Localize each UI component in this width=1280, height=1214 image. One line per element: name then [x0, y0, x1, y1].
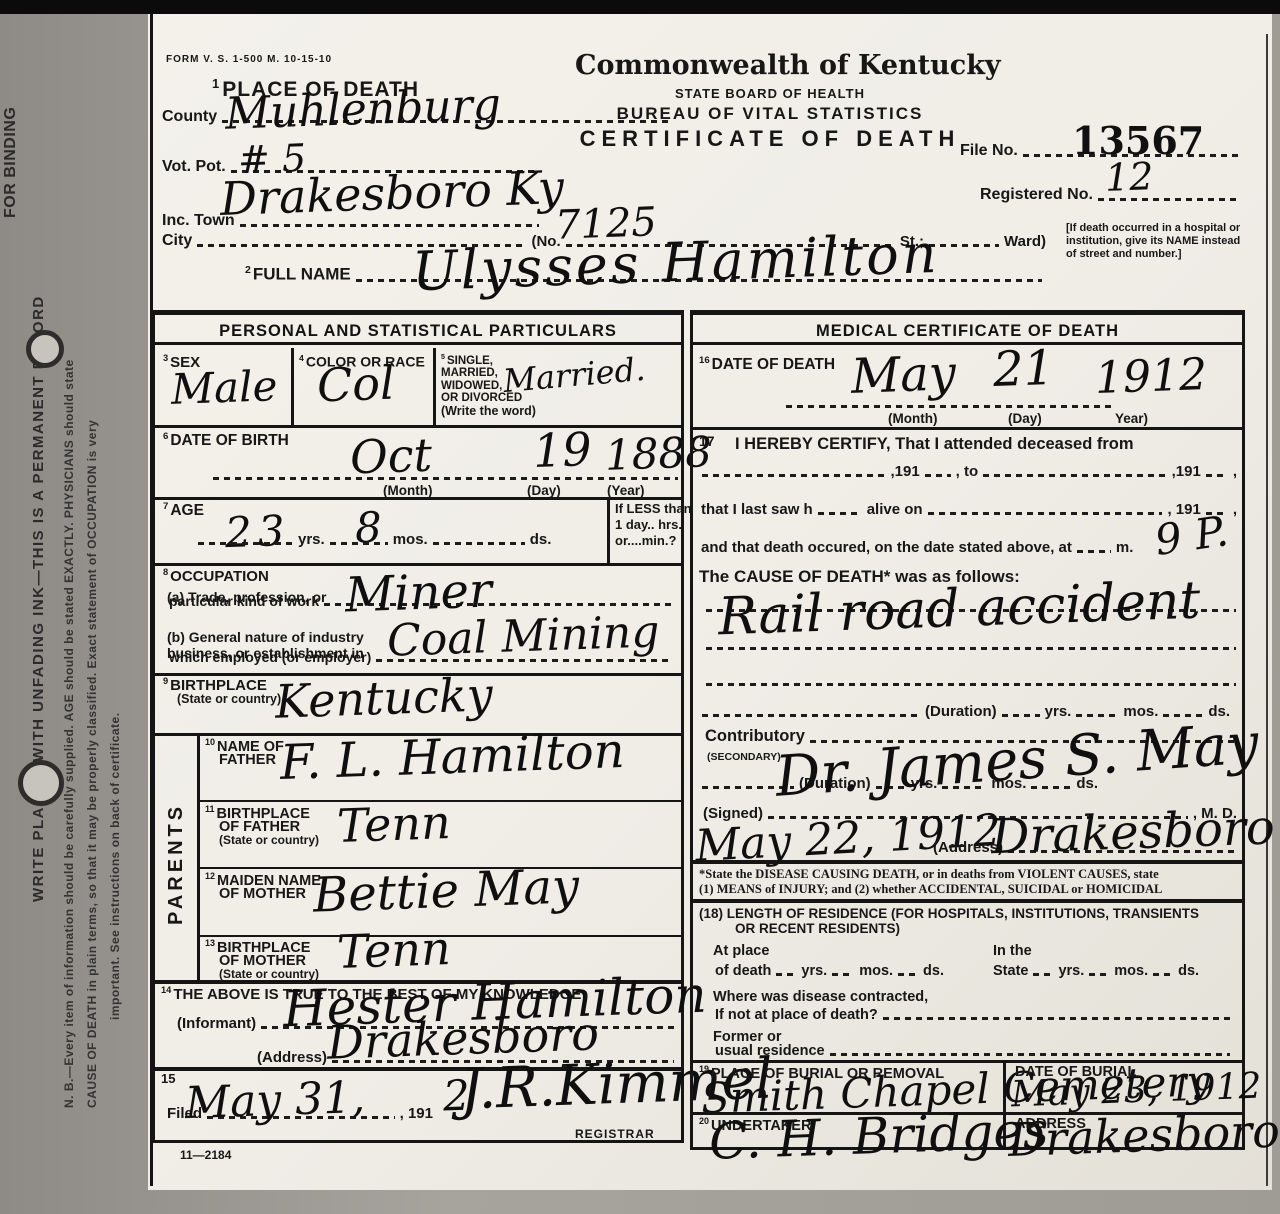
- marital-hint: (Write the word): [441, 404, 536, 418]
- footnote-line2: (1) MEANS of INJURY; and (2) whether ACC…: [699, 882, 1162, 897]
- informant-label: (Informant): [177, 1015, 256, 1032]
- age-line: [433, 542, 525, 545]
- to-label: , to: [956, 463, 979, 480]
- certify-item-number: 17: [699, 433, 715, 449]
- hw-occupation-b: Coal Mining: [386, 610, 660, 663]
- less2: 1 day.. hrs.: [615, 517, 682, 532]
- cell-divider: [433, 348, 436, 425]
- marital-l3: WIDOWED,: [441, 380, 502, 392]
- street-line: [929, 244, 999, 247]
- state-board-heading: STATE BOARD OF HEALTH: [575, 86, 965, 101]
- item-number-13: 13: [205, 938, 215, 948]
- residence-l1: LENGTH OF RESIDENCE (FOR HOSPITALS, INST…: [727, 906, 1199, 921]
- dob-label: 6DATE OF BIRTH: [163, 431, 289, 450]
- medical-title: MEDICAL CERTIFICATE OF DEATH: [693, 315, 1242, 345]
- filed-item-number: 15: [161, 1071, 175, 1086]
- residence-state-row: Stateyrs.mos.ds.: [991, 963, 1239, 979]
- item-number-11: 11: [205, 804, 215, 814]
- contracted-line2: If not at place of death?: [715, 1007, 878, 1023]
- certify-blank: [818, 512, 862, 515]
- former-blank: [996, 1053, 1230, 1056]
- former-line2: usual residence: [715, 1043, 825, 1059]
- certificate-title: CERTIFICATE OF DEATH: [560, 126, 980, 152]
- duration-blank: [1076, 714, 1118, 717]
- hw-father-name: F. L. Hamilton: [279, 727, 625, 787]
- item-number-4: 4: [299, 353, 304, 363]
- hw-mother-name: Bettie May: [312, 862, 580, 919]
- item-number-12: 12: [205, 871, 215, 881]
- personal-title: PERSONAL AND STATISTICAL PARTICULARS: [155, 315, 681, 345]
- age-units-row: yrs. mos. ds.: [195, 531, 595, 548]
- certify-line2: ,191, to,191,: [699, 463, 1239, 480]
- at-place-label: At place: [713, 943, 769, 959]
- secondary-label: (SECONDARY): [707, 751, 781, 763]
- item-number-8: 8: [163, 567, 168, 577]
- certify-blank: [928, 512, 1163, 515]
- hw-registered-no: 12: [1104, 157, 1154, 197]
- item-number-5: 5: [441, 353, 445, 361]
- hw-time-of-death: 9 P.: [1152, 510, 1230, 562]
- ds-label: ds.: [530, 531, 552, 548]
- margin-nb-line-2: CAUSE OF DEATH in plain terms, so that i…: [85, 420, 99, 1108]
- state-label: State: [993, 963, 1028, 979]
- dob-month-caption: (Month): [383, 483, 432, 498]
- hw-inc-town: Drakesboro Ky: [219, 164, 564, 222]
- vot-pot-label: Vot. Pot.: [162, 158, 226, 176]
- contracted-line1: Where was disease contracted,: [713, 989, 928, 1005]
- comma: ,: [1233, 501, 1237, 518]
- cause-line: [706, 647, 1236, 650]
- dob-year-caption: (Year): [607, 483, 645, 498]
- less-than-divider: [607, 497, 610, 563]
- hw-undertaker-address: Drakesboro Ky: [1007, 1105, 1280, 1163]
- age-label: 7AGE: [163, 501, 204, 520]
- yrs-label: yrs.: [1045, 703, 1072, 720]
- certify-blank: [925, 474, 951, 477]
- former-blank: [830, 1053, 990, 1056]
- former-row: usual residence: [713, 1043, 1233, 1059]
- last-saw-label: that I last saw h: [701, 501, 813, 518]
- ward-label: Ward): [1004, 233, 1046, 250]
- hw-undertaker: C. H. Bridges: [708, 1105, 1049, 1167]
- margin-nb-line-1: N. B.—Every item of information should b…: [62, 359, 76, 1108]
- dob-label-text: DATE OF BIRTH: [170, 432, 289, 449]
- res-blank: [898, 973, 918, 976]
- informant-address-label: (Address): [257, 1049, 327, 1066]
- marital-l1: SINGLE,: [447, 355, 493, 367]
- bureau-heading: BUREAU OF VITAL STATISTICS: [575, 104, 965, 124]
- res-blank: [1153, 973, 1173, 976]
- item-number-2: 2: [245, 264, 251, 276]
- in-the-label: In the: [993, 943, 1032, 959]
- full-name-label-text: FULL NAME: [253, 265, 351, 284]
- less1: If LESS than: [615, 501, 692, 516]
- personal-particulars-column: PERSONAL AND STATISTICAL PARTICULARS 3SE…: [152, 310, 684, 1143]
- scan-top-edge: [0, 0, 1280, 14]
- certify-line1: I HEREBY CERTIFY, That I attended deceas…: [735, 435, 1134, 454]
- of-death-label: of death: [715, 963, 771, 979]
- punch-hole-top: [26, 330, 64, 368]
- less3: or....min.?: [615, 533, 676, 548]
- residence-place-row: of deathyrs.mos.ds.: [713, 963, 975, 979]
- mos-label: mos.: [1114, 963, 1148, 979]
- hw-father-birthplace: Tenn: [336, 799, 451, 849]
- hw-race: Col: [316, 360, 395, 409]
- ds-label: ds.: [1178, 963, 1199, 979]
- section-rule: [155, 497, 681, 500]
- contracted-line2-row: If not at place of death?: [713, 1007, 1233, 1023]
- res-blank: [776, 973, 796, 976]
- birthplace-hint: (State or country): [177, 692, 281, 706]
- occupation-b-line3: which employed (or employer): [169, 649, 371, 665]
- registrar-label: REGISTRAR: [575, 1127, 655, 1141]
- section-rule-thick: [693, 899, 1242, 903]
- item-number-1: 1: [212, 76, 220, 91]
- age-line: [330, 542, 388, 545]
- mos-label: mos.: [859, 963, 893, 979]
- margin-nb-line-3: important. See instructions on back of c…: [108, 712, 122, 1020]
- hw-dob-month: Oct: [349, 432, 433, 481]
- duration-label: (Duration): [925, 703, 997, 720]
- hw-signed-address: Drakesboro Ky: [990, 801, 1280, 861]
- hw-dod-year: 1912: [1094, 353, 1207, 401]
- form-code: FORM V. S. 1-500 M. 10-15-10: [166, 54, 332, 65]
- hw-county: Muhlenburg: [224, 83, 501, 137]
- dob-day-caption: (Day): [527, 483, 561, 498]
- hw-marital: Married.: [502, 353, 647, 397]
- item-number-3: 3: [163, 353, 168, 363]
- margin-binding-text: FOR BINDING: [2, 107, 20, 218]
- punch-hole-bottom: [18, 760, 64, 806]
- occupation-label: 8OCCUPATION: [163, 567, 269, 585]
- occupation-a-line2: particular kind of work: [169, 593, 319, 609]
- p191: ,191: [890, 463, 919, 480]
- medical-certificate-column: MEDICAL CERTIFICATE OF DEATH 16DATE OF D…: [690, 310, 1245, 1150]
- parents-label: PARENTS: [165, 803, 188, 925]
- ds-label: ds.: [923, 963, 944, 979]
- hw-dod-day: 21: [992, 344, 1055, 394]
- cell-divider: [291, 348, 294, 425]
- mother-name-label2: OF MOTHER: [219, 886, 306, 902]
- hw-sex: Male: [170, 365, 278, 411]
- m-label: m.: [1116, 539, 1134, 556]
- dod-day-caption: (Day): [1008, 411, 1042, 426]
- yrs-label: yrs.: [801, 963, 827, 979]
- father-bp-hint: (State or country): [219, 833, 319, 847]
- duration-blank: [1002, 714, 1040, 717]
- footnote-line1: *State the DISEASE CAUSING DEATH, or in …: [699, 867, 1159, 882]
- item-number-10: 10: [205, 737, 215, 747]
- item-number-7: 7: [163, 501, 168, 512]
- item-number-14: 14: [161, 985, 171, 995]
- res-blank: [832, 973, 854, 976]
- item-number-9: 9: [163, 676, 168, 686]
- hw-filed-date: May 31,: [184, 1076, 366, 1126]
- hw-birthplace: Kentucky: [274, 671, 493, 725]
- item-number-6: 6: [163, 431, 168, 442]
- hw-occupation-a: Miner: [344, 566, 492, 619]
- age-label-text: AGE: [170, 502, 204, 519]
- hw-dod-month: May: [850, 349, 957, 401]
- filed-191: , 191: [400, 1105, 433, 1122]
- dod-month-caption: (Month): [888, 411, 937, 426]
- item-number-18: (18): [699, 906, 723, 921]
- cause-line: [706, 683, 1236, 686]
- dob-line: [213, 477, 678, 480]
- certify-blank: [983, 474, 1166, 477]
- duration-blank: [702, 714, 920, 717]
- certify-blank: [1206, 474, 1228, 477]
- p191: ,191: [1172, 463, 1201, 480]
- certify-blank: [1077, 550, 1111, 553]
- comma: ,: [1233, 463, 1237, 480]
- marital-l2: MARRIED,: [441, 367, 498, 379]
- occupation-label-text: OCCUPATION: [170, 568, 269, 585]
- item-number-16: 16: [699, 355, 710, 366]
- paper-right-edge: [1266, 34, 1268, 1186]
- hospital-note: [If death occurred in a hospital or inst…: [1066, 222, 1246, 261]
- certify-blank: [702, 474, 885, 477]
- dod-label-text: DATE OF DEATH: [712, 356, 835, 373]
- scan-bottom-edge: [0, 1186, 1280, 1214]
- residence-heading2: OR RECENT RESIDENTS): [735, 921, 900, 936]
- hw-cause-of-death: Rail road accident: [717, 575, 1201, 644]
- dod-year-caption: Year): [1115, 411, 1148, 426]
- residence-heading: (18) LENGTH OF RESIDENCE (FOR HOSPITALS,…: [699, 906, 1199, 921]
- death-occured-label: and that death occured, on the date stat…: [701, 539, 1072, 556]
- hw-mother-birthplace: Tenn: [336, 925, 451, 975]
- yrs-label: yrs.: [298, 531, 325, 548]
- age-line: [198, 542, 293, 545]
- yrs-label: yrs.: [1058, 963, 1084, 979]
- city-label: City: [162, 232, 192, 250]
- less-than-box: If LESS than1 day.. hrs.or....min.?: [615, 501, 692, 549]
- parents-divider: [197, 733, 200, 980]
- commonwealth-heading: Commonwealth of Kentucky: [575, 50, 965, 81]
- section-rule: [693, 427, 1242, 430]
- mos-label: mos.: [393, 531, 428, 548]
- alive-on-label: alive on: [867, 501, 923, 518]
- inc-town-line: [240, 224, 539, 227]
- contracted-blank: [883, 1017, 1230, 1020]
- full-name-label: 2FULL NAME: [245, 264, 351, 285]
- hw-dob-day: 19: [532, 426, 592, 474]
- res-blank: [1033, 973, 1053, 976]
- margin-write-plainly-text: WRITE PLAINLY WITH UNFADING INK—THIS IS …: [30, 295, 47, 902]
- father-name-label2: FATHER: [219, 752, 276, 768]
- occupation-b-line1: (b) General nature of industry: [167, 629, 364, 645]
- print-code: 11—2184: [180, 1148, 231, 1162]
- item-number-19: 19: [699, 1064, 709, 1074]
- county-label: County: [162, 108, 217, 126]
- file-no-label: File No.: [960, 142, 1018, 160]
- scanned-death-certificate: FOR BINDING WRITE PLAINLY WITH UNFADING …: [0, 0, 1280, 1214]
- registered-no-label: Registered No.: [980, 186, 1093, 204]
- section-rule-thick: [693, 860, 1242, 864]
- dod-line: [786, 405, 1116, 408]
- dod-label: 16DATE OF DEATH: [699, 355, 835, 374]
- res-blank: [1089, 973, 1109, 976]
